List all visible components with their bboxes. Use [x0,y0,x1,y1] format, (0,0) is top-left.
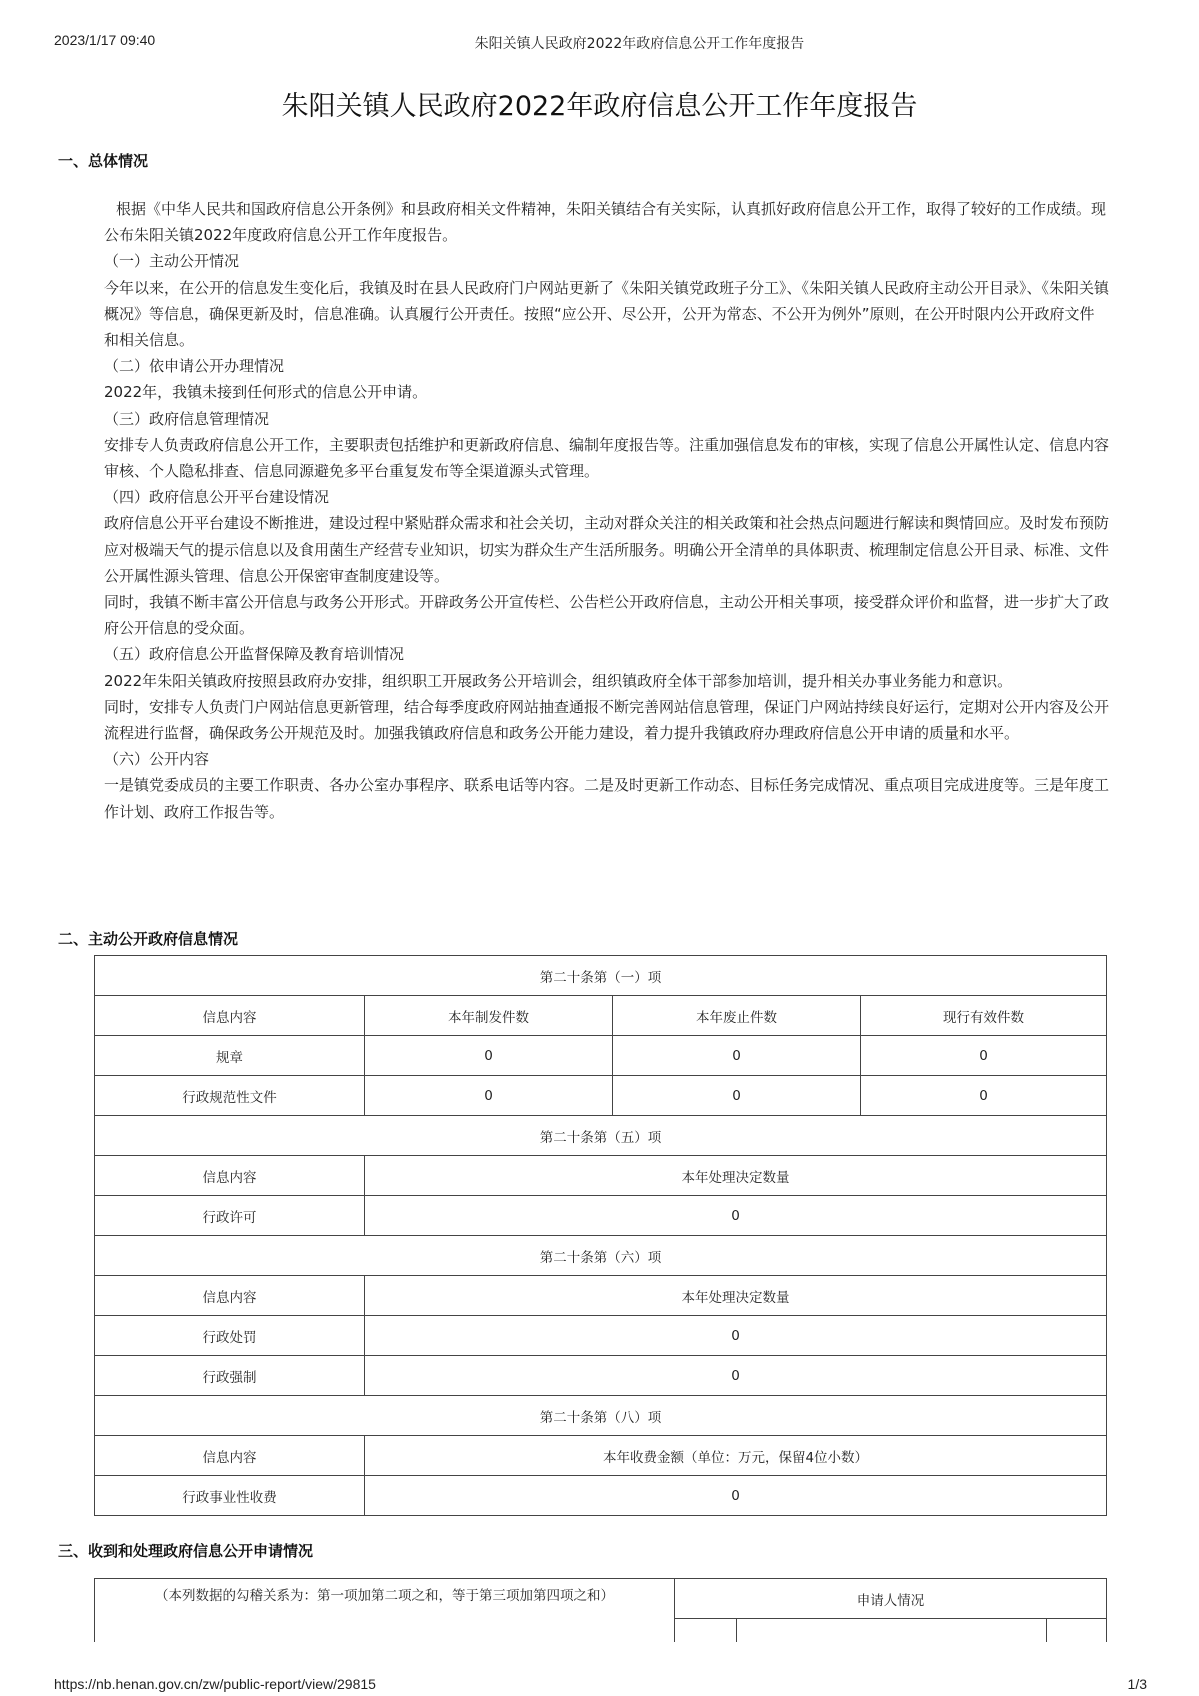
table-cell: 行政规范性文件 [95,1076,365,1116]
print-footer-url: https://nb.henan.gov.cn/zw/public-report… [54,1676,376,1692]
table-cell: 0 [365,1356,1107,1396]
paragraph: 2022年，我镇未接到任何形式的信息公开申请。 [104,379,1109,405]
column-header: 信息内容 [95,1436,365,1476]
table-cell: 0 [613,1036,861,1076]
applications-note: （本列数据的勾稽关系为：第一项加第二项之和，等于第三项加第四项之和） [95,1579,675,1644]
subheading: （三）政府信息管理情况 [104,406,1109,432]
paragraph: 同时，安排专人负责门户网站信息更新管理，结合每季度政府网站抽查通报不断完善网站信… [104,694,1109,746]
column-header: 信息内容 [95,1276,365,1316]
table-cell: 行政处罚 [95,1316,365,1356]
table-row: 行政处罚 0 [95,1316,1107,1356]
subheading: （一）主动公开情况 [104,248,1109,274]
table-header-row: 信息内容 本年制发件数 本年废止件数 现行有效件数 [95,996,1107,1036]
proactive-disclosure-table: 第二十条第（一）项 信息内容 本年制发件数 本年废止件数 现行有效件数 规章 0… [94,955,1107,1516]
table-section-title: 第二十条第（五）项 [95,1116,1107,1156]
table-title-row: 第二十条第（五）项 [95,1116,1107,1156]
table-title-row: 第二十条第（一）项 [95,956,1107,996]
table-header-row: 信息内容 本年收费金额（单位：万元，保留4位小数） [95,1436,1107,1476]
applications-table: （本列数据的勾稽关系为：第一项加第二项之和，等于第三项加第四项之和） 申请人情况 [94,1578,1107,1644]
table-cell [737,1619,1047,1644]
column-header: 信息内容 [95,1156,365,1196]
table-header-row: 信息内容 本年处理决定数量 [95,1276,1107,1316]
overview-body: 根据《中华人民共和国政府信息公开条例》和县政府相关文件精神，朱阳关镇结合有关实际… [104,196,1109,825]
column-header: 信息内容 [95,996,365,1036]
table-title-row: 第二十条第（六）项 [95,1236,1107,1276]
table-cell: 0 [365,1076,613,1116]
paragraph: 根据《中华人民共和国政府信息公开条例》和县政府相关文件精神，朱阳关镇结合有关实际… [104,196,1109,248]
table-cell: 行政许可 [95,1196,365,1236]
column-header: 本年处理决定数量 [365,1276,1107,1316]
table-cell: 0 [861,1036,1107,1076]
table-cell: 0 [365,1196,1107,1236]
paragraph: 政府信息公开平台建设不断推进，建设过程中紧贴群众需求和社会关切，主动对群众关注的… [104,510,1109,589]
column-header: 本年收费金额（单位：万元，保留4位小数） [365,1436,1107,1476]
column-header: 本年废止件数 [613,996,861,1036]
table-cell [1047,1619,1107,1644]
document-title: 朱阳关镇人民政府2022年政府信息公开工作年度报告 [0,84,1199,123]
applicant-header: 申请人情况 [675,1579,1107,1619]
table-section-title: 第二十条第（一）项 [95,956,1107,996]
table-cell: 行政强制 [95,1356,365,1396]
paragraph: 一是镇党委成员的主要工作职责、各办公室办事程序、联系电话等内容。二是及时更新工作… [104,772,1109,824]
paragraph: 今年以来，在公开的信息发生变化后，我镇及时在县人民政府门户网站更新了《朱阳关镇党… [104,275,1109,354]
print-footer-page: 1/3 [1128,1676,1147,1692]
section-heading-overview: 一、总体情况 [58,150,148,171]
subheading: （六）公开内容 [104,746,1109,772]
table-section-title: 第二十条第（八）项 [95,1396,1107,1436]
subheading: （二）依申请公开办理情况 [104,353,1109,379]
paragraph: 同时，我镇不断丰富公开信息与政务公开形式。开辟政务公开宣传栏、公告栏公开政府信息… [104,589,1109,641]
table-row: 行政规范性文件 0 0 0 [95,1076,1107,1116]
table-section-title: 第二十条第（六）项 [95,1236,1107,1276]
table-header-row: 信息内容 本年处理决定数量 [95,1156,1107,1196]
column-header: 本年制发件数 [365,996,613,1036]
subheading: （四）政府信息公开平台建设情况 [104,484,1109,510]
paragraph: 安排专人负责政府信息公开工作，主要职责包括维护和更新政府信息、编制年度报告等。注… [104,432,1109,484]
table-row: 规章 0 0 0 [95,1036,1107,1076]
column-header: 现行有效件数 [861,996,1107,1036]
table-cell: 0 [861,1076,1107,1116]
table-cell: 行政事业性收费 [95,1476,365,1516]
table-row: 行政强制 0 [95,1356,1107,1396]
table-cell: 0 [365,1036,613,1076]
section-heading-proactive-disclosure: 二、主动公开政府信息情况 [58,928,238,949]
section-heading-applications: 三、收到和处理政府信息公开申请情况 [58,1540,313,1561]
table-row: 行政许可 0 [95,1196,1107,1236]
print-header-title: 朱阳关镇人民政府2022年政府信息公开工作年度报告 [0,33,1199,53]
paragraph: 2022年朱阳关镇政府按照县政府办安排，组织职工开展政务公开培训会，组织镇政府全… [104,668,1109,694]
table-cell: 0 [613,1076,861,1116]
column-header: 本年处理决定数量 [365,1156,1107,1196]
table-row: 行政事业性收费 0 [95,1476,1107,1516]
subheading: （五）政府信息公开监督保障及教育培训情况 [104,641,1109,667]
table-cell [675,1619,737,1644]
table-cell: 0 [365,1316,1107,1356]
table-title-row: 第二十条第（八）项 [95,1396,1107,1436]
table-cell: 规章 [95,1036,365,1076]
table-cell: 0 [365,1476,1107,1516]
